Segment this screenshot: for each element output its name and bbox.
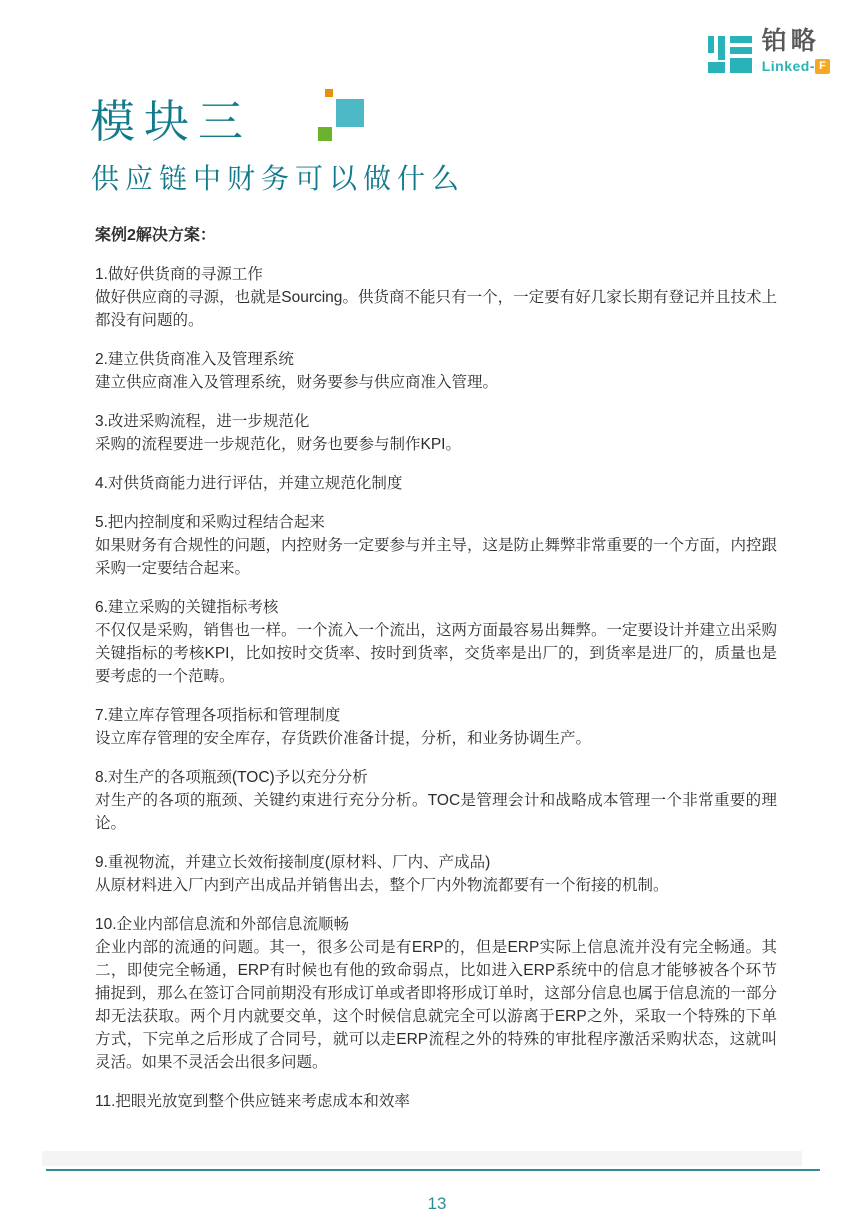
content-section: 7.建立库存管理各项指标和管理制度 设立库存管理的安全库存，存货跌价准备计提，分… <box>95 704 777 750</box>
section-title: 11.把眼光放宽到整个供应链来考虑成本和效率 <box>95 1090 777 1113</box>
section-body: 采购的流程要进一步规范化，财务也要参与制作KPI。 <box>95 433 777 456</box>
footer-shade <box>42 1151 802 1166</box>
section-body: 做好供应商的寻源，也就是Sourcing。供货商不能只有一个，一定要有好几家长期… <box>95 286 777 332</box>
section-body: 不仅仅是采购，销售也一样。一个流入一个流出，这两方面最容易出舞弊。一定要设计并建… <box>95 619 777 688</box>
content-section: 11.把眼光放宽到整个供应链来考虑成本和效率 <box>95 1090 777 1113</box>
brand-name-en: Linked- <box>762 58 815 74</box>
section-title: 5.把内控制度和采购过程结合起来 <box>95 511 777 534</box>
section-body: 对生产的各项的瓶颈、关键约束进行充分分析。TOC是管理会计和战略成本管理一个非常… <box>95 789 777 835</box>
footer-divider <box>46 1169 820 1171</box>
module-title: 模块三 <box>90 92 252 152</box>
page-number: 13 <box>0 1194 850 1214</box>
content-section: 1.做好供货商的寻源工作 做好供应商的寻源，也就是Sourcing。供货商不能只… <box>95 263 777 332</box>
section-title: 2.建立供货商准入及管理系统 <box>95 348 777 371</box>
content-section: 8.对生产的各项瓶颈(TOC)予以充分分析 对生产的各项的瓶颈、关键约束进行充分… <box>95 766 777 835</box>
deco-square-green <box>318 127 332 141</box>
section-body: 企业内部的流通的问题。其一，很多公司是有ERP的，但是ERP实际上信息流并没有完… <box>95 936 777 1074</box>
section-body: 建立供应商准入及管理系统，财务要参与供应商准入管理。 <box>95 371 777 394</box>
section-title: 9.重视物流，并建立长效衔接制度(原材料、厂内、产成品) <box>95 851 777 874</box>
brand-logo: 铂略 Linked- F <box>706 26 830 78</box>
brand-name-cn: 铂略 <box>762 26 820 56</box>
case-solution-heading: 案例2解决方案： <box>95 224 777 247</box>
section-body: 从原材料进入厂内到产出成品并销售出去，整个厂内外物流都要有一个衔接的机制。 <box>95 874 777 897</box>
section-body: 如果财务有合规性的问题，内控财务一定要参与并主导，这是防止舞弊非常重要的一个方面… <box>95 534 777 580</box>
content-section: 2.建立供货商准入及管理系统 建立供应商准入及管理系统，财务要参与供应商准入管理… <box>95 348 777 394</box>
deco-square-teal <box>336 99 364 127</box>
content-section: 6.建立采购的关键指标考核 不仅仅是采购，销售也一样。一个流入一个流出，这两方面… <box>95 596 777 688</box>
section-title: 4.对供货商能力进行评估，并建立规范化制度 <box>95 472 777 495</box>
content-section: 5.把内控制度和采购过程结合起来 如果财务有合规性的问题，内控财务一定要参与并主… <box>95 511 777 580</box>
content-section: 4.对供货商能力进行评估，并建立规范化制度 <box>95 472 777 495</box>
section-title: 10.企业内部信息流和外部信息流顺畅 <box>95 913 777 936</box>
brand-logo-icon <box>706 28 753 78</box>
document-body: 案例2解决方案： 1.做好供货商的寻源工作 做好供应商的寻源，也就是Sourci… <box>95 224 777 1129</box>
section-title: 8.对生产的各项瓶颈(TOC)予以充分分析 <box>95 766 777 789</box>
content-section: 9.重视物流，并建立长效衔接制度(原材料、厂内、产成品) 从原材料进入厂内到产出… <box>95 851 777 897</box>
section-title: 6.建立采购的关键指标考核 <box>95 596 777 619</box>
section-title: 1.做好供货商的寻源工作 <box>95 263 777 286</box>
section-title: 7.建立库存管理各项指标和管理制度 <box>95 704 777 727</box>
content-section: 3.改进采购流程，进一步规范化 采购的流程要进一步规范化，财务也要参与制作KPI… <box>95 410 777 456</box>
deco-square-orange <box>325 89 333 97</box>
content-section: 10.企业内部信息流和外部信息流顺畅 企业内部的流通的问题。其一，很多公司是有E… <box>95 913 777 1074</box>
section-title: 3.改进采购流程，进一步规范化 <box>95 410 777 433</box>
section-body: 设立库存管理的安全库存，存货跌价准备计提，分析，和业务协调生产。 <box>95 727 777 750</box>
module-subtitle: 供应链中财务可以做什么 <box>91 160 465 198</box>
brand-badge-f: F <box>815 59 830 74</box>
